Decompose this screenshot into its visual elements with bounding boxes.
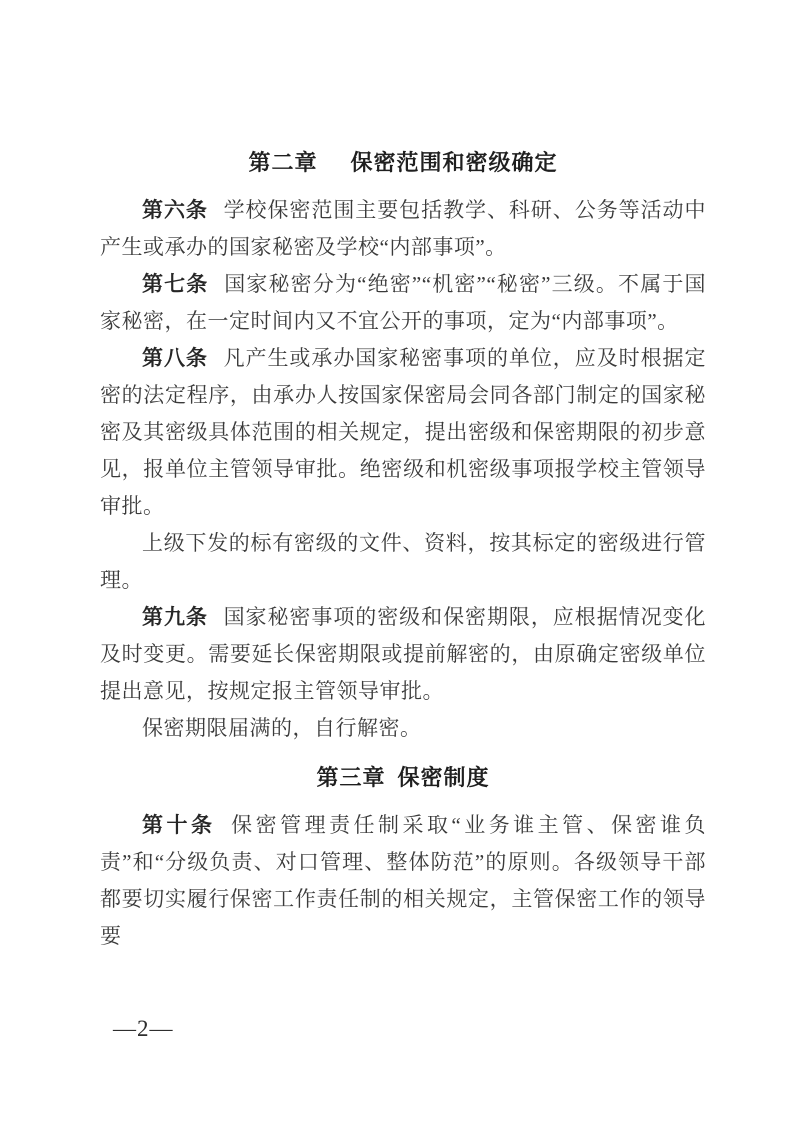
chapter-2-title: 保密范围和密级确定 <box>351 150 558 175</box>
chapter-3-heading: 第三章保密制度 <box>100 763 706 793</box>
article-9-continuation-text: 保密期限届满的，自行解密。 <box>142 716 422 740</box>
chapter-3-number: 第三章 <box>316 765 385 790</box>
article-6-label: 第六条 <box>142 199 208 222</box>
page-number: —2— <box>113 1014 174 1044</box>
article-7-paragraph: 第七条国家秘密分为“绝密”“机密”“秘密”三级。不属于国家秘密，在一定时间内又不… <box>100 266 706 340</box>
chapter-2-heading: 第二章保密范围和密级确定 <box>100 148 706 178</box>
article-8-label: 第八条 <box>142 347 208 370</box>
article-10-paragraph: 第十条保密管理责任制采取“业务谁主管、保密谁负责”和“分级负责、对口管理、整体防… <box>100 807 706 955</box>
article-7-label: 第七条 <box>142 273 208 296</box>
chapter-3-title: 保密制度 <box>398 765 490 790</box>
article-8-continuation-paragraph: 上级下发的标有密级的文件、资料，按其标定的密级进行管理。 <box>100 525 706 599</box>
article-9-label: 第九条 <box>142 606 208 629</box>
article-10-label: 第十条 <box>142 814 215 837</box>
article-9-continuation-paragraph: 保密期限届满的，自行解密。 <box>100 710 706 747</box>
document-body: 第二章保密范围和密级确定 第六条学校保密范围主要包括教学、科研、公务等活动中产生… <box>100 0 706 955</box>
article-6-paragraph: 第六条学校保密范围主要包括教学、科研、公务等活动中产生或承办的国家秘密及学校“内… <box>100 192 706 266</box>
article-9-paragraph: 第九条国家秘密事项的密级和保密期限，应根据情况变化及时变更。需要延长保密期限或提… <box>100 599 706 710</box>
document-page: 第二章保密范围和密级确定 第六条学校保密范围主要包括教学、科研、公务等活动中产生… <box>0 0 794 1122</box>
article-8-continuation-text: 上级下发的标有密级的文件、资料，按其标定的密级进行管理。 <box>100 531 706 592</box>
article-8-paragraph: 第八条凡产生或承办国家秘密事项的单位，应及时根据定密的法定程序，由承办人按国家保… <box>100 340 706 525</box>
article-8-text: 凡产生或承办国家秘密事项的单位，应及时根据定密的法定程序，由承办人按国家保密局会… <box>100 346 706 518</box>
chapter-2-number: 第二章 <box>248 150 317 175</box>
